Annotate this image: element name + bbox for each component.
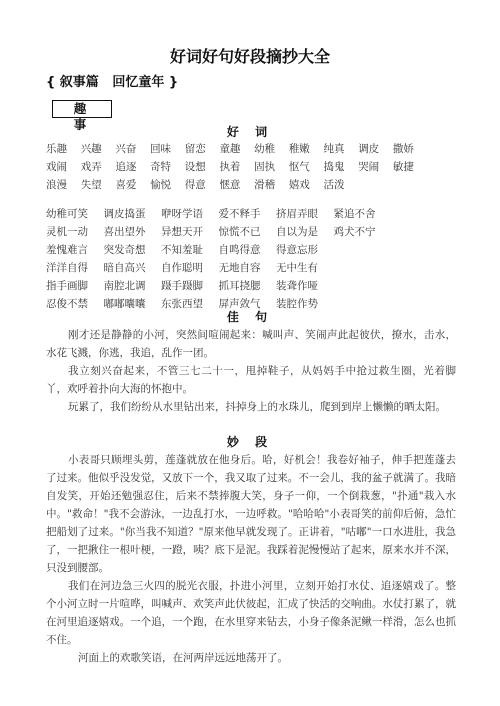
excerpt-paragraph: 我们在河边急三火四的脱光衣服，扑进小河里，立刻开始打水仗、追逐嬉戏了。整个小河立… bbox=[46, 577, 456, 649]
word: 兴奋 bbox=[115, 140, 150, 158]
heading-good-paragraphs: 妙 段 bbox=[0, 433, 500, 450]
sentence-paragraph: 刚才还是静静的小河，突然间喧闹起来：喊叫声、笑闹声此起彼伏，撩水，击水，水花飞溅… bbox=[46, 326, 456, 362]
idiom: 咿呀学语 bbox=[161, 205, 219, 223]
document-title: 好词好句好段摘抄大全 bbox=[0, 44, 500, 67]
idiom: 灵机一动 bbox=[46, 223, 104, 241]
idiom: 自作聪明 bbox=[161, 259, 219, 277]
word: 奇特 bbox=[150, 158, 185, 176]
heading-good-words: 好 词 bbox=[0, 123, 500, 140]
idiom-row: 洋洋自得 暗自高兴 自作聪明 无地自容 无中生有 bbox=[46, 259, 391, 277]
word: 乐趣 bbox=[46, 140, 81, 158]
idiom-row: 羞愧难言 突发奇想 不知羞耻 自鸣得意 得意忘形 bbox=[46, 241, 391, 259]
idiom-row: 灵机一动 喜出望外 异想天开 惊慌不已 自以为是 鸡犬不宁 bbox=[46, 223, 391, 241]
word: 兴趣 bbox=[81, 140, 116, 158]
word: 失望 bbox=[81, 176, 116, 194]
word: 滑稽 bbox=[254, 176, 289, 194]
idiom: 无地自容 bbox=[219, 259, 277, 277]
word: 得意 bbox=[185, 176, 220, 194]
word: 纯真 bbox=[324, 140, 359, 158]
section-label: { 叙事篇 回忆童年 } bbox=[46, 71, 178, 90]
word: 留恋 bbox=[185, 140, 220, 158]
word: 愉悦 bbox=[150, 176, 185, 194]
word: 活泼 bbox=[324, 176, 359, 194]
word-row: 戏闹 戏弄 追逐 奇特 设想 执着 固执 怄气 捣鬼 哭闹 敏捷 bbox=[46, 158, 428, 176]
idiom: 自以为是 bbox=[276, 223, 334, 241]
idiom: 爱不释手 bbox=[219, 205, 277, 223]
word: 回味 bbox=[150, 140, 185, 158]
word: 童趣 bbox=[219, 140, 254, 158]
idiom: 抓耳挠腮 bbox=[219, 277, 277, 295]
word: 设想 bbox=[185, 158, 220, 176]
idiom: 鸡犬不宁 bbox=[334, 223, 392, 241]
excerpt-paragraph: 小表哥只顾埋头剪，莲蓬就放在他身后。哈，好机会！我卷好袖子，伸手把莲蓬去了过来。… bbox=[46, 451, 456, 577]
idiom: 自鸣得意 bbox=[219, 241, 277, 259]
sentence-paragraph: 玩累了，我们纷纷从水里钻出来，抖掉身上的水珠儿，爬到到岸上懒懒的晒太阳。 bbox=[46, 398, 456, 416]
idiom: 喜出望外 bbox=[104, 223, 162, 241]
word: 浪漫 bbox=[46, 176, 81, 194]
word: 喜爱 bbox=[115, 176, 150, 194]
idiom: 惊慌不已 bbox=[219, 223, 277, 241]
word: 戏闹 bbox=[46, 158, 81, 176]
word: 嬉戏 bbox=[289, 176, 324, 194]
topic-box: 趣 事 bbox=[52, 100, 112, 118]
idiom: 幼稚可笑 bbox=[46, 205, 104, 223]
idiom: 蹑手蹑脚 bbox=[161, 277, 219, 295]
idiom-row: 指手画脚 南腔北调 蹑手蹑脚 抓耳挠腮 装聋作哑 bbox=[46, 277, 391, 295]
word: 敏捷 bbox=[393, 158, 428, 176]
idiom: 南腔北调 bbox=[104, 277, 162, 295]
idiom: 洋洋自得 bbox=[46, 259, 104, 277]
idiom: 不知羞耻 bbox=[161, 241, 219, 259]
word: 惬意 bbox=[219, 176, 254, 194]
word: 幼稚 bbox=[254, 140, 289, 158]
excerpt-paragraph: 河面上的欢歌笑语，在河两岸远远地荡开了。 bbox=[46, 649, 456, 667]
idiom-row: 幼稚可笑 调皮捣蛋 咿呀学语 爱不释手 挤眉弄眼 紧追不舍 bbox=[46, 205, 391, 223]
idiom: 异想天开 bbox=[161, 223, 219, 241]
sentence-paragraph: 我立刻兴奋起来，不管三七二十一，甩掉鞋子，从妈妈手中抢过救生圈，光着脚丫，欢呼着… bbox=[46, 362, 456, 398]
idiom: 得意忘形 bbox=[276, 241, 334, 259]
idiom: 暗自高兴 bbox=[104, 259, 162, 277]
idiom: 装聋作哑 bbox=[276, 277, 334, 295]
word: 撒娇 bbox=[393, 140, 428, 158]
idiom: 调皮捣蛋 bbox=[104, 205, 162, 223]
idiom: 紧追不舍 bbox=[334, 205, 392, 223]
word: 调皮 bbox=[358, 140, 393, 158]
word: 怄气 bbox=[289, 158, 324, 176]
word-row: 浪漫 失望 喜爱 愉悦 得意 惬意 滑稽 嬉戏 活泼 bbox=[46, 176, 428, 194]
word-row: 乐趣 兴趣 兴奋 回味 留恋 童趣 幼稚 稚嫩 纯真 调皮 撒娇 bbox=[46, 140, 428, 158]
word: 执着 bbox=[219, 158, 254, 176]
document-page: 好词好句好段摘抄大全 { 叙事篇 回忆童年 } 趣 事 好 词 乐趣 兴趣 兴奋… bbox=[0, 0, 500, 706]
word: 哭闹 bbox=[358, 158, 393, 176]
idiom: 羞愧难言 bbox=[46, 241, 104, 259]
idioms-grid: 幼稚可笑 调皮捣蛋 咿呀学语 爱不释手 挤眉弄眼 紧追不舍 灵机一动 喜出望外 … bbox=[46, 205, 391, 313]
word: 固执 bbox=[254, 158, 289, 176]
idiom: 指手画脚 bbox=[46, 277, 104, 295]
idiom: 挤眉弄眼 bbox=[276, 205, 334, 223]
word: 戏弄 bbox=[81, 158, 116, 176]
word: 稚嫩 bbox=[289, 140, 324, 158]
word: 捣鬼 bbox=[324, 158, 359, 176]
idiom: 突发奇想 bbox=[104, 241, 162, 259]
good-words-grid: 乐趣 兴趣 兴奋 回味 留恋 童趣 幼稚 稚嫩 纯真 调皮 撒娇 戏闹 戏弄 追… bbox=[46, 140, 428, 194]
idiom: 无中生有 bbox=[276, 259, 334, 277]
heading-good-sentences: 佳 句 bbox=[0, 308, 500, 325]
word: 追逐 bbox=[115, 158, 150, 176]
